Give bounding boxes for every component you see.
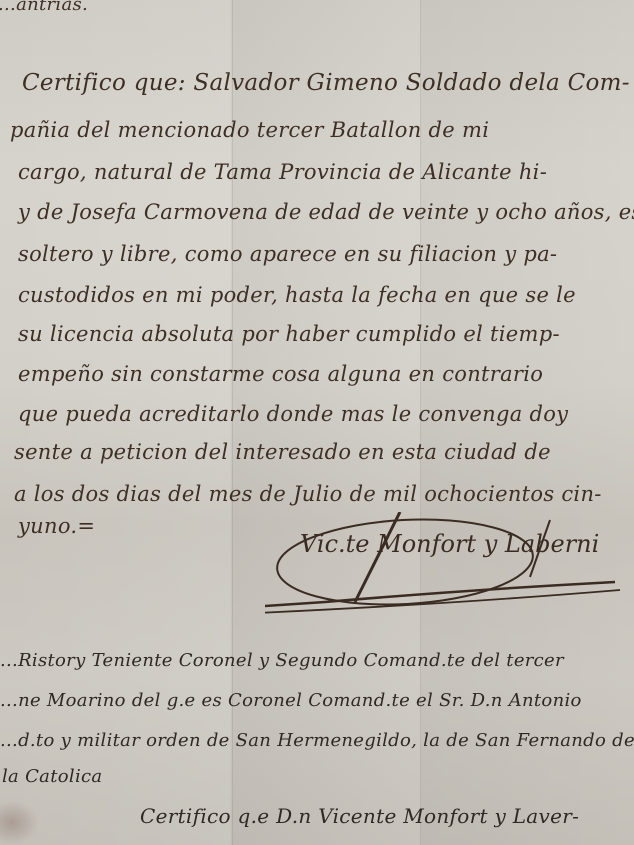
text-line: yuno.=	[18, 514, 95, 538]
text-line: pañia del mencionado tercer Batallon de …	[10, 118, 489, 142]
certificate-opening-line: Certifico que: Salvador Gimeno Soldado d…	[22, 70, 630, 96]
text-line: que pueda acreditarlo donde mas le conve…	[18, 402, 568, 426]
text-line: cargo, natural de Tama Provincia de Alic…	[18, 160, 547, 184]
text-line: ...ne Moarino del g.e es Coronel Comand.…	[0, 690, 582, 711]
text-line: su licencia absoluta por haber cumplido …	[18, 322, 560, 346]
paper-stain	[0, 800, 40, 845]
signature: Vic.te Monfort y Laberni	[300, 530, 599, 558]
text-line: ...antrias.	[0, 0, 88, 15]
text-line: ...Ristory Teniente Coronel y Segundo Co…	[0, 650, 564, 671]
lower-certificate-opening: Certifico q.e D.n Vicente Monfort y Lave…	[140, 804, 579, 828]
text-line: la Catolica	[2, 766, 102, 787]
text-line: a los dos dias del mes de Julio de mil o…	[14, 482, 602, 506]
signature-flourish	[265, 512, 625, 622]
manuscript-page: ...antrias. Certifico que: Salvador Gime…	[0, 0, 634, 845]
text-line: sente a peticion del interesado en esta …	[14, 440, 551, 464]
text-line: ...d.to y militar orden de San Hermenegi…	[0, 730, 634, 751]
text-line: y de Josefa Carmovena de edad de veinte …	[18, 200, 634, 224]
text-line: custodidos en mi poder, hasta la fecha e…	[18, 283, 576, 307]
text-line: soltero y libre, como aparece en su fili…	[18, 242, 557, 266]
text-line: empeño sin constarme cosa alguna en cont…	[18, 362, 543, 386]
